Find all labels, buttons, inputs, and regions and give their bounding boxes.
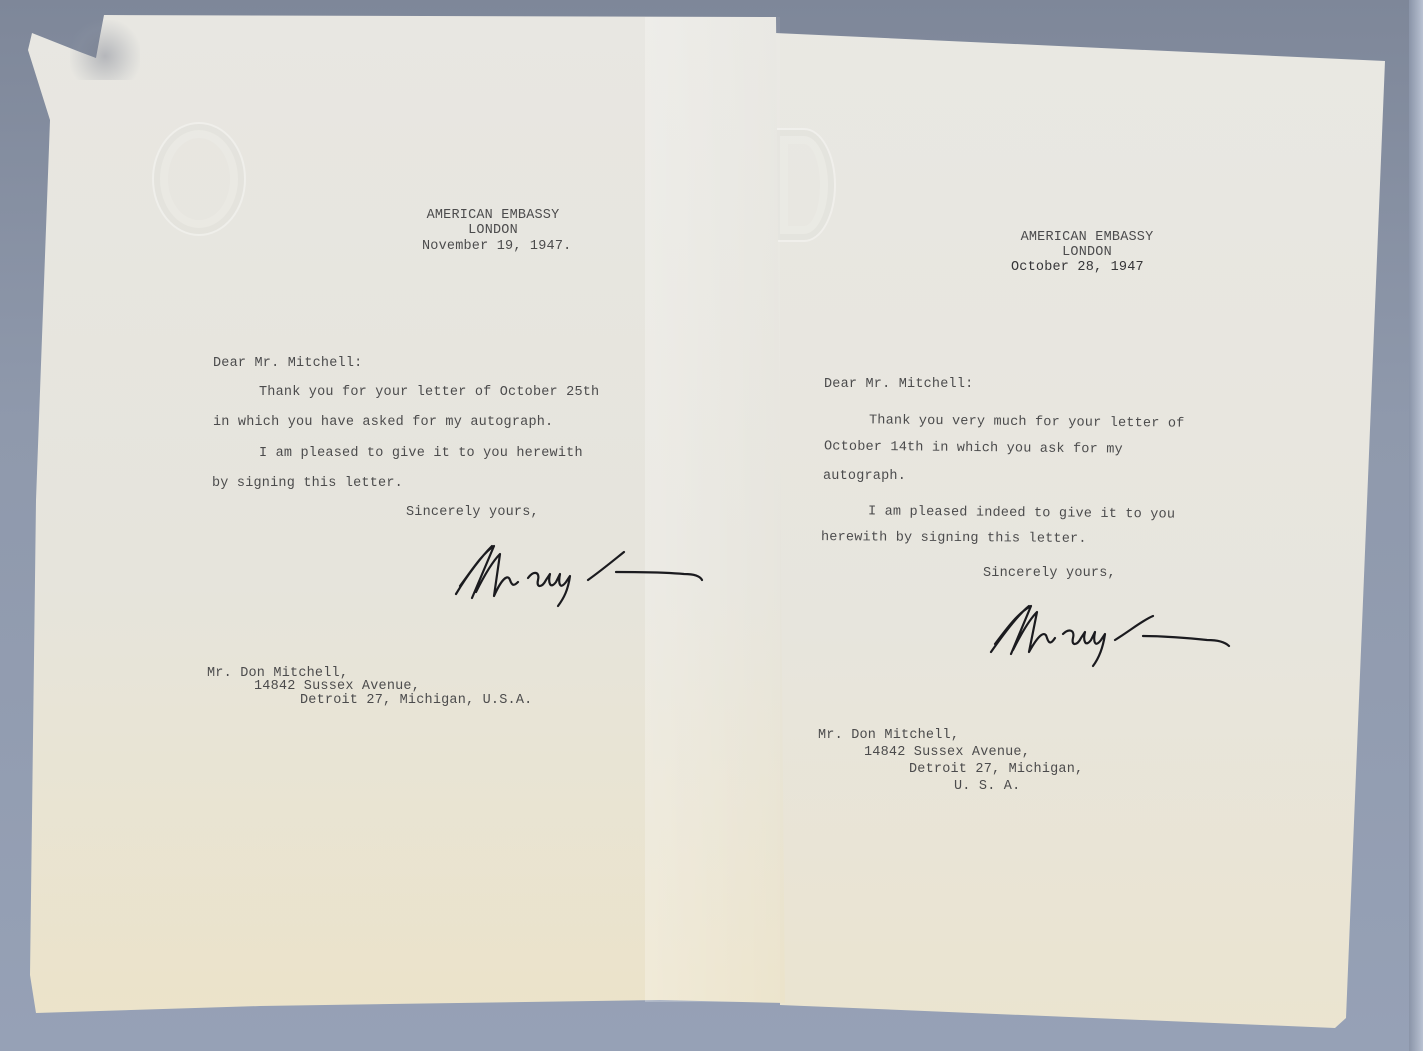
letter1-body-line: I am pleased to give it to you herewith: [259, 447, 583, 461]
letter1-salutation: Dear Mr. Mitchell:: [213, 357, 362, 371]
letter2-body-line: Thank you very much for your letter of: [869, 414, 1185, 431]
letter2-body-line: autograph.: [823, 470, 906, 484]
letter2-header-line2: LONDON: [1012, 246, 1162, 260]
letter2-address-line: 14842 Sussex Avenue,: [864, 746, 1030, 760]
signature-icon: [448, 542, 708, 617]
letter2-date: October 28, 1947: [1011, 261, 1144, 275]
letter1-body-line: Thank you for your letter of October 25t…: [259, 386, 599, 400]
letter1-body-line: by signing this letter.: [212, 477, 403, 491]
letter1-address-line: Detroit 27, Michigan, U.S.A.: [300, 694, 532, 708]
letter1-closing: Sincerely yours,: [406, 506, 539, 520]
letter1-body-line: in which you have asked for my autograph…: [213, 416, 553, 430]
letter1-header-line2: LONDON: [418, 224, 568, 238]
letter2-salutation: Dear Mr. Mitchell:: [824, 378, 973, 392]
table-surface-edge: [1409, 0, 1423, 1051]
letter1-address-line: 14842 Sussex Avenue,: [254, 680, 420, 694]
letter2-address-line: Detroit 27, Michigan,: [909, 763, 1083, 777]
letter2-body-line: I am pleased indeed to give it to you: [868, 505, 1175, 522]
letter1-date: November 19, 1947.: [422, 240, 571, 254]
letter2-address-line: U. S. A.: [954, 780, 1020, 794]
signature-icon: [985, 600, 1245, 675]
letter2-closing: Sincerely yours,: [983, 567, 1116, 581]
letter2-body-line: October 14th in which you ask for my: [824, 440, 1123, 457]
letter2-body-line: herewith by signing this letter.: [821, 531, 1087, 546]
letter2-address-line: Mr. Don Mitchell,: [818, 729, 959, 743]
letter2-header-line1: AMERICAN EMBASSY: [1012, 231, 1162, 245]
letter1-header-line1: AMERICAN EMBASSY: [418, 209, 568, 223]
